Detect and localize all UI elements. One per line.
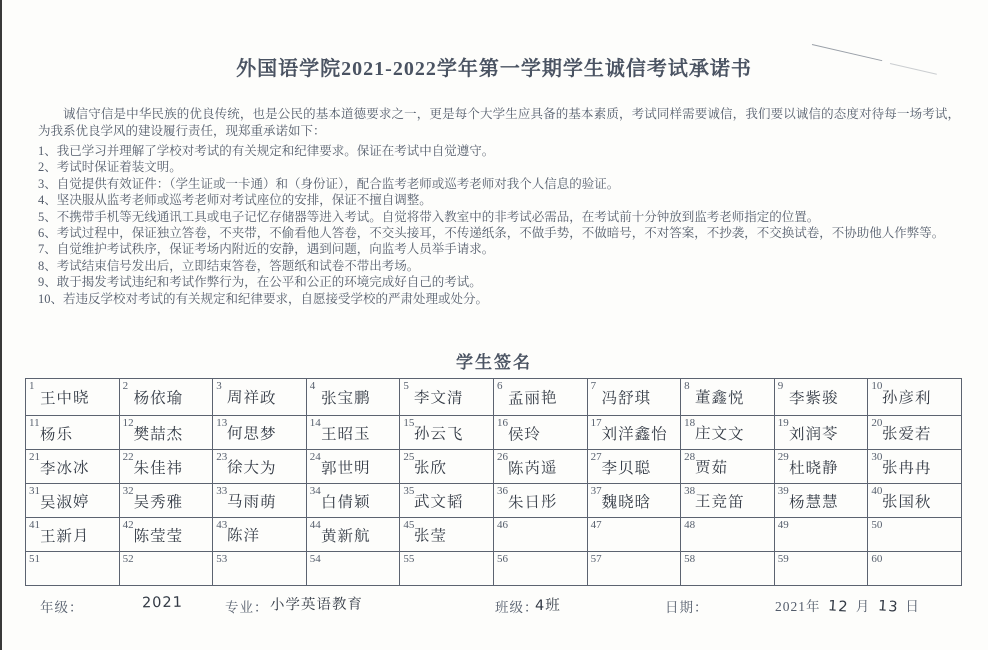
date-day-handwriting: 13 [874, 598, 902, 616]
signature-handwriting: 吴秀雅 [120, 490, 213, 512]
rule-item: 7、自觉维护考试秩序，保证考场内附近的安静，遇到问题，向监考人员举手请求。 [38, 241, 960, 257]
signature-cell: 58 [681, 552, 775, 586]
signature-cell: 5李文清 [400, 379, 494, 416]
signature-cell: 60 [868, 552, 962, 586]
rule-item: 4、坚决服从监考老师或巡考老师对考试座位的安排，保证不擅自调整。 [38, 192, 960, 208]
signature-handwriting: 刘洋鑫怡 [588, 422, 681, 444]
signature-table-row: 51525354555657585960 [26, 552, 962, 586]
signature-cell: 34白倩颖 [306, 484, 400, 518]
cell-number: 60 [871, 553, 882, 566]
signature-handwriting: 陈洋 [213, 522, 306, 547]
signature-handwriting: 李贝聪 [588, 456, 681, 478]
signature-cell: 38王竞笛 [681, 484, 775, 518]
signature-cell: 15孙云飞 [400, 416, 494, 450]
date-month-handwriting: 12 [824, 598, 852, 616]
signature-cell: 26陈芮遥 [493, 450, 587, 484]
signature-handwriting: 李紫骏 [775, 385, 868, 408]
cell-number: 47 [591, 519, 602, 532]
rule-item: 10、若违反学校对考试的有关规定和纪律要求，自愿接受学校的严肃处理或处分。 [38, 291, 960, 307]
signature-cell: 2杨依瑜 [119, 379, 213, 416]
signature-table-row: 41王新月42陈莹莹43陈洋44黄新航45张莹4647484950 [26, 518, 962, 552]
date-value: 2021年 12 月 13 日 [775, 595, 920, 615]
signature-handwriting: 徐大为 [213, 454, 306, 479]
signature-cell: 47 [587, 518, 681, 552]
date-label: 日期： [665, 596, 709, 616]
signature-cell: 56 [493, 552, 587, 586]
signature-cell: 50 [868, 518, 962, 552]
signature-handwriting: 杨依瑜 [120, 386, 213, 408]
signature-handwriting: 武文韬 [400, 489, 493, 512]
signature-cell: 41王新月 [26, 518, 120, 552]
signature-cell: 53 [213, 552, 307, 586]
signature-handwriting: 张爱若 [868, 421, 961, 444]
signature-handwriting: 朱日彤 [494, 488, 587, 513]
date-month-unit: 月 [856, 599, 871, 614]
cell-number: 55 [403, 553, 414, 566]
signature-handwriting: 周祥政 [213, 385, 306, 410]
signature-handwriting: 庄文文 [681, 420, 774, 445]
signature-handwriting: 吴淑婷 [26, 488, 119, 513]
signature-handwriting: 董鑫悦 [681, 385, 774, 410]
signature-cell: 21李冰冰 [26, 450, 120, 484]
signature-cell: 8董鑫悦 [681, 379, 775, 416]
date-day-unit: 日 [905, 599, 920, 614]
signature-cell: 14王昭玉 [306, 416, 400, 450]
signature-handwriting: 杨乐 [26, 420, 119, 445]
signature-cell: 23徐大为 [213, 450, 307, 484]
signature-cell: 48 [681, 518, 775, 552]
signature-cell: 49 [774, 518, 868, 552]
signature-handwriting: 白倩颖 [307, 489, 400, 512]
signature-cell: 51 [26, 552, 120, 586]
signature-cell: 33马雨萌 [213, 484, 307, 518]
signature-cell: 24郭世明 [306, 450, 400, 484]
signature-cell: 13何思梦 [213, 416, 307, 450]
signature-handwriting: 杨慧慧 [775, 489, 868, 512]
cell-number: 58 [684, 553, 695, 566]
signature-handwriting: 张国秋 [868, 489, 961, 512]
signature-handwriting: 刘润苓 [775, 421, 868, 444]
signature-cell: 28贾茹 [681, 450, 775, 484]
signature-cell: 27李贝聪 [587, 450, 681, 484]
signature-cell: 1王中晓 [26, 379, 120, 416]
major-label: 专业： [225, 596, 269, 616]
signature-table-row: 31吴淑婷32吴秀雅33马雨萌34白倩颖35武文韬36朱日彤37魏晓晗38王竞笛… [26, 484, 962, 518]
rule-item: 5、不携带手机等无线通讯工具或电子记忆存储器等进入考试。自觉将带入教室中的非考试… [38, 209, 960, 225]
signature-handwriting: 李文清 [400, 385, 493, 408]
signature-cell: 31吴淑婷 [26, 484, 120, 518]
signature-handwriting: 孟丽艳 [494, 385, 587, 410]
signature-section-title: 学生签名 [0, 348, 988, 373]
signature-handwriting: 冯舒琪 [588, 386, 681, 408]
cell-number: 53 [216, 553, 227, 566]
signature-cell: 37魏晓晗 [587, 484, 681, 518]
date-year: 2021年 [775, 599, 821, 614]
signature-handwriting: 樊喆杰 [120, 422, 213, 444]
document-title: 外国语学院2021-2022学年第一学期学生诚信考试承诺书 [0, 52, 988, 81]
signature-cell: 55 [400, 552, 494, 586]
signature-handwriting: 张宝鹏 [307, 385, 400, 408]
signature-table-row: 1王中晓2杨依瑜3周祥政4张宝鹏5李文清6孟丽艳7冯舒琪8董鑫悦9李紫骏10孙彦… [26, 379, 962, 416]
signature-handwriting: 马雨萌 [213, 488, 306, 513]
class-value-handwriting: 4班 [535, 594, 561, 615]
cell-number: 57 [591, 553, 602, 566]
signature-cell: 3周祥政 [213, 379, 307, 416]
signature-cell: 20张爱若 [868, 416, 962, 450]
intro-paragraph: 诚信守信是中华民族的优良传统，也是公民的基本道德要求之一，更是每个大学生应具备的… [38, 106, 960, 140]
rule-item: 2、考试时保证着装文明。 [38, 159, 960, 175]
signature-handwriting: 张莹 [400, 523, 493, 546]
signature-cell: 10孙彦利 [868, 379, 962, 416]
signature-handwriting: 陈芮遥 [494, 454, 587, 479]
rule-item: 3、自觉提供有效证件：（学生证或一卡通）和（身份证），配合监考老师或巡考老师对我… [38, 176, 960, 192]
signature-cell: 19刘润苓 [774, 416, 868, 450]
signature-handwriting: 张冉冉 [868, 455, 961, 478]
signature-cell: 4张宝鹏 [306, 379, 400, 416]
scan-edge-artifact [0, 0, 2, 650]
cell-number: 51 [29, 553, 40, 566]
signature-cell: 32吴秀雅 [119, 484, 213, 518]
signature-handwriting: 李冰冰 [26, 454, 119, 479]
cell-number: 59 [778, 553, 789, 566]
signature-cell: 36朱日彤 [493, 484, 587, 518]
cell-number: 54 [310, 553, 321, 566]
signature-cell: 46 [493, 518, 587, 552]
signature-cell: 25张欣 [400, 450, 494, 484]
cell-number: 48 [684, 519, 695, 532]
scanned-document-page: 外国语学院2021-2022学年第一学期学生诚信考试承诺书 诚信守信是中华民族的… [0, 0, 988, 650]
cell-number: 56 [497, 553, 508, 566]
footer-row: 年级： 2021 专业： 小学英语教育 班级： 4班 日期： 2021年 12 … [0, 592, 988, 622]
signature-cell: 9李紫骏 [774, 379, 868, 416]
signature-cell: 57 [587, 552, 681, 586]
signature-cell: 35武文韬 [400, 484, 494, 518]
signature-handwriting: 王竞笛 [681, 488, 774, 513]
cell-number: 52 [123, 553, 134, 566]
signature-handwriting: 王昭玉 [307, 421, 400, 444]
signature-handwriting: 孙云飞 [400, 421, 493, 444]
class-label: 班级： [495, 596, 539, 616]
cell-number: 49 [778, 519, 789, 532]
signature-handwriting: 王新月 [26, 522, 119, 547]
signature-handwriting: 郭世明 [307, 455, 400, 478]
signature-cell: 29杜晓静 [774, 450, 868, 484]
signature-cell: 17刘洋鑫怡 [587, 416, 681, 450]
signature-handwriting: 黄新航 [307, 523, 400, 546]
signature-handwriting: 王中晓 [26, 385, 119, 410]
rules-list: 1、我已学习并理解了学校对考试的有关规定和纪律要求。保证在考试中自觉遵守。2、考… [38, 143, 960, 307]
signature-cell: 40张国秋 [868, 484, 962, 518]
signature-handwriting: 孙彦利 [868, 385, 961, 408]
signature-table-row: 21李冰冰22朱佳祎23徐大为24郭世明25张欣26陈芮遥27李贝聪28贾茹29… [26, 450, 962, 484]
signature-table-row: 11杨乐12樊喆杰13何思梦14王昭玉15孙云飞16侯玲17刘洋鑫怡18庄文文1… [26, 416, 962, 450]
signature-handwriting: 张欣 [400, 455, 493, 478]
cell-number: 50 [871, 519, 882, 532]
signature-cell: 12樊喆杰 [119, 416, 213, 450]
signature-cell: 52 [119, 552, 213, 586]
signature-cell: 6孟丽艳 [493, 379, 587, 416]
signature-handwriting: 杜晓静 [775, 455, 868, 478]
signature-cell: 54 [306, 552, 400, 586]
grade-value-handwriting: 2021 [142, 595, 183, 612]
signature-handwriting: 魏晓晗 [588, 490, 681, 512]
signature-cell: 30张冉冉 [868, 450, 962, 484]
signature-cell: 44黄新航 [306, 518, 400, 552]
signature-handwriting: 朱佳祎 [120, 456, 213, 478]
rule-item: 9、敢于揭发考试违纪和考试作弊行为，在公平和公正的环境完成好自己的考试。 [38, 274, 960, 290]
signature-cell: 22朱佳祎 [119, 450, 213, 484]
signature-handwriting: 侯玲 [494, 420, 587, 445]
cell-number: 46 [497, 519, 508, 532]
signature-table: 1王中晓2杨依瑜3周祥政4张宝鹏5李文清6孟丽艳7冯舒琪8董鑫悦9李紫骏10孙彦… [25, 378, 962, 586]
rule-item: 6、考试过程中，保证独立答卷，不夹带，不偷看他人答卷，不交头接耳，不传递纸条，不… [38, 225, 960, 241]
signature-cell: 59 [774, 552, 868, 586]
signature-cell: 18庄文文 [681, 416, 775, 450]
signature-cell: 7冯舒琪 [587, 379, 681, 416]
signature-cell: 43陈洋 [213, 518, 307, 552]
grade-label: 年级： [40, 596, 84, 616]
signature-cell: 39杨慧慧 [774, 484, 868, 518]
signature-handwriting: 陈莹莹 [120, 524, 213, 546]
signature-cell: 45张莹 [400, 518, 494, 552]
signature-cell: 11杨乐 [26, 416, 120, 450]
signature-cell: 16侯玲 [493, 416, 587, 450]
signature-handwriting: 贾茹 [681, 454, 774, 479]
major-value-handwriting: 小学英语教育 [270, 593, 363, 615]
signature-cell: 42陈莹莹 [119, 518, 213, 552]
rule-item: 8、考试结束信号发出后，立即结束答卷，答题纸和试卷不带出考场。 [38, 258, 960, 274]
signature-handwriting: 何思梦 [213, 420, 306, 445]
rule-item: 1、我已学习并理解了学校对考试的有关规定和纪律要求。保证在考试中自觉遵守。 [38, 143, 960, 159]
